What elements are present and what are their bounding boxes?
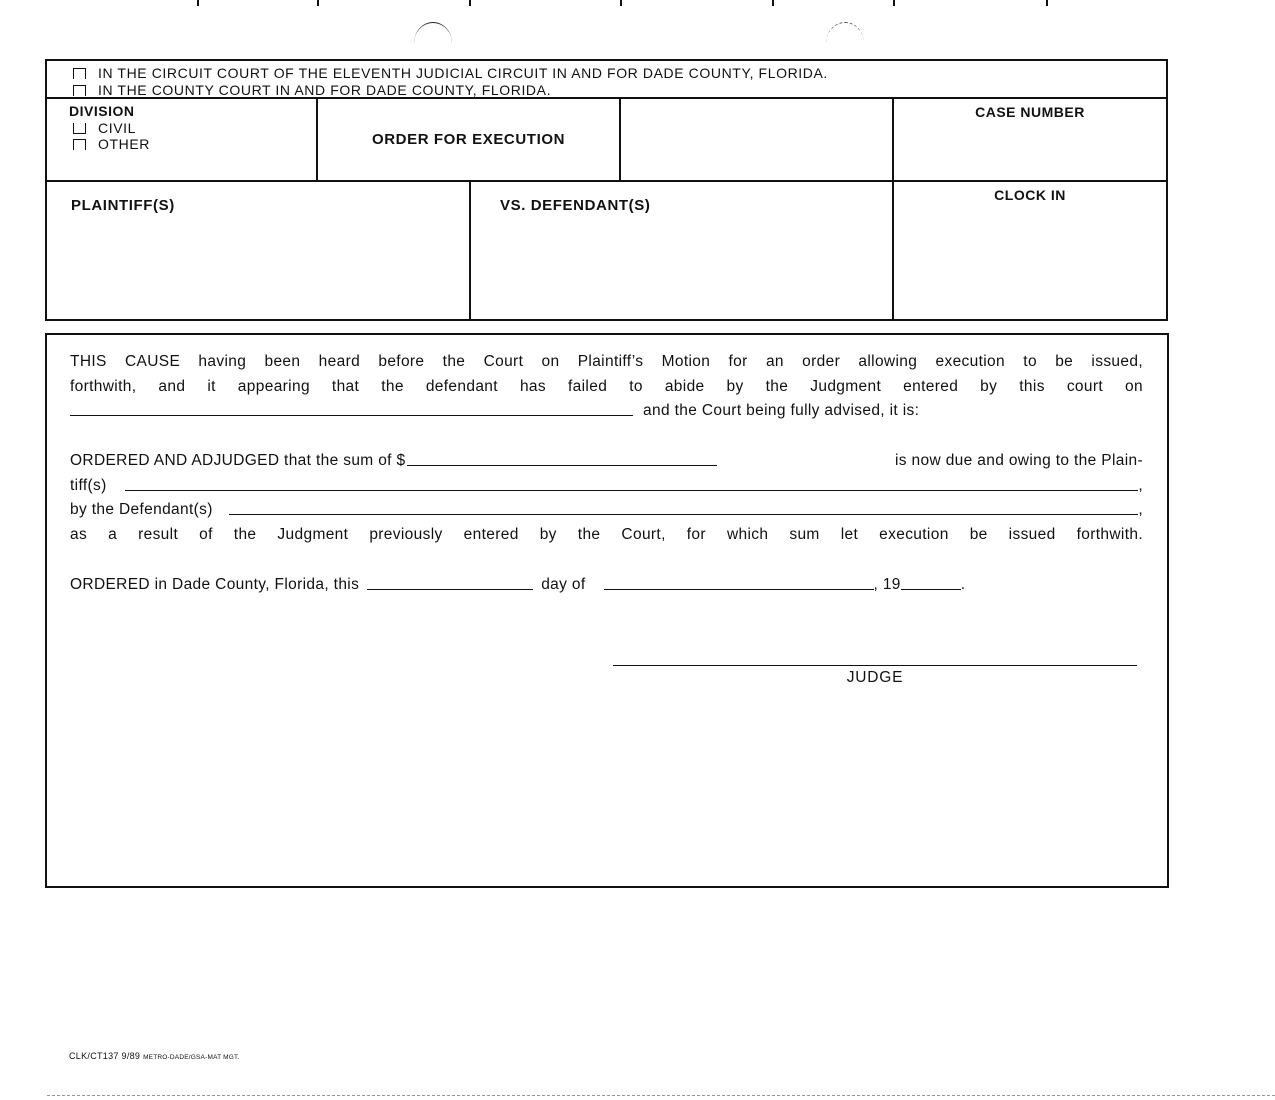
case-number-field[interactable] — [897, 123, 1162, 175]
case-header-box: IN THE CIRCUIT COURT OF THE ELEVENTH JUD… — [45, 59, 1168, 321]
court-option-circuit[interactable]: IN THE CIRCUIT COURT OF THE ELEVENTH JUD… — [73, 65, 828, 81]
text: by the Defendant(s) — [70, 501, 213, 519]
paragraph-line: ORDERED in Dade County, Florida, this da… — [70, 576, 965, 594]
punch-hole-mark — [414, 22, 452, 43]
registration-tick — [317, 0, 319, 6]
registration-tick — [469, 0, 471, 6]
checkbox-county-court[interactable] — [73, 85, 86, 96]
paragraph-line: tiff(s) , — [70, 477, 1143, 495]
judge-label: JUDGE — [613, 669, 1137, 687]
text: day of — [541, 576, 585, 594]
checkbox-civil[interactable] — [73, 123, 86, 134]
text: , — [1138, 477, 1143, 495]
paragraph-line: as a result of the Judgment previously e… — [70, 526, 1143, 544]
defendants-name-field[interactable] — [229, 513, 1139, 515]
option-label: CIVIL — [98, 120, 136, 136]
text: is now due and owing to the Plain- — [723, 452, 1143, 470]
judgment-date-field[interactable] — [70, 414, 633, 416]
divider — [892, 98, 894, 319]
division-section: DIVISION CIVIL OTHER — [69, 103, 150, 152]
court-option-label: IN THE CIRCUIT COURT OF THE ELEVENTH JUD… — [98, 65, 828, 81]
defendant-label: VS. DEFENDANT(S) — [500, 197, 650, 214]
registration-tick — [620, 0, 622, 6]
sum-amount-field[interactable] — [407, 464, 717, 466]
plaintiff-label: PLAINTIFF(S) — [71, 197, 175, 214]
text: tiff(s) — [70, 477, 107, 495]
form-title: ORDER FOR EXECUTION — [318, 131, 619, 148]
year-field[interactable] — [901, 588, 961, 590]
text: . — [961, 576, 966, 594]
division-label: DIVISION — [69, 103, 150, 119]
judge-signature-line[interactable] — [613, 665, 1137, 667]
text: ORDERED AND ADJUDGED that the sum of $ — [70, 452, 405, 470]
divider — [469, 181, 471, 319]
text: THIS CAUSE having been heard before the … — [70, 353, 1143, 371]
court-option-county[interactable]: IN THE COUNTY COURT IN AND FOR DADE COUN… — [73, 82, 551, 98]
option-label: OTHER — [98, 136, 150, 152]
plaintiffs-name-field[interactable] — [125, 489, 1139, 491]
paragraph-line: THIS CAUSE having been heard before the … — [70, 353, 1143, 371]
punch-hole-mark — [826, 22, 864, 43]
division-option-other[interactable]: OTHER — [73, 136, 150, 152]
day-field[interactable] — [367, 588, 533, 590]
registration-tick — [893, 0, 895, 6]
paragraph-line: forthwith, and it appearing that the def… — [70, 378, 1143, 396]
form-source-text: METRO-DADE/GSA-MAT MGT. — [143, 1054, 239, 1061]
registration-tick — [197, 0, 199, 6]
case-number-label: CASE NUMBER — [894, 104, 1166, 120]
plaintiff-field[interactable] — [71, 221, 461, 316]
text: ORDERED in Dade County, Florida, this — [70, 576, 359, 594]
order-body-box: THIS CAUSE having been heard before the … — [45, 333, 1169, 888]
registration-tick — [772, 0, 774, 6]
text: , — [1138, 501, 1143, 519]
month-field[interactable] — [604, 588, 874, 590]
clock-in-label: CLOCK IN — [894, 187, 1166, 203]
checkbox-circuit-court[interactable] — [73, 68, 86, 79]
clock-in-stamp-area — [897, 207, 1162, 315]
text: as a result of the Judgment previously e… — [70, 526, 1143, 544]
paragraph-line: ORDERED AND ADJUDGED that the sum of $ i… — [70, 452, 1143, 470]
checkbox-other[interactable] — [73, 139, 86, 150]
form-code-text: CLK/CT137 9/89 — [69, 1051, 140, 1061]
paragraph-line: and the Court being fully advised, it is… — [70, 402, 919, 420]
registration-tick — [1046, 0, 1048, 6]
divider — [619, 98, 621, 181]
text: and the Court being fully advised, it is… — [643, 402, 919, 420]
page-edge — [47, 1095, 1275, 1097]
form-code: CLK/CT137 9/89 METRO-DADE/GSA-MAT MGT. — [69, 1051, 240, 1061]
defendant-field[interactable] — [500, 221, 885, 316]
division-option-civil[interactable]: CIVIL — [73, 120, 150, 136]
divider — [47, 180, 1166, 182]
court-option-label: IN THE COUNTY COURT IN AND FOR DADE COUN… — [98, 82, 551, 98]
text: forthwith, and it appearing that the def… — [70, 378, 1143, 396]
paragraph-line: by the Defendant(s) , — [70, 501, 1143, 519]
text: , 19 — [874, 576, 901, 594]
